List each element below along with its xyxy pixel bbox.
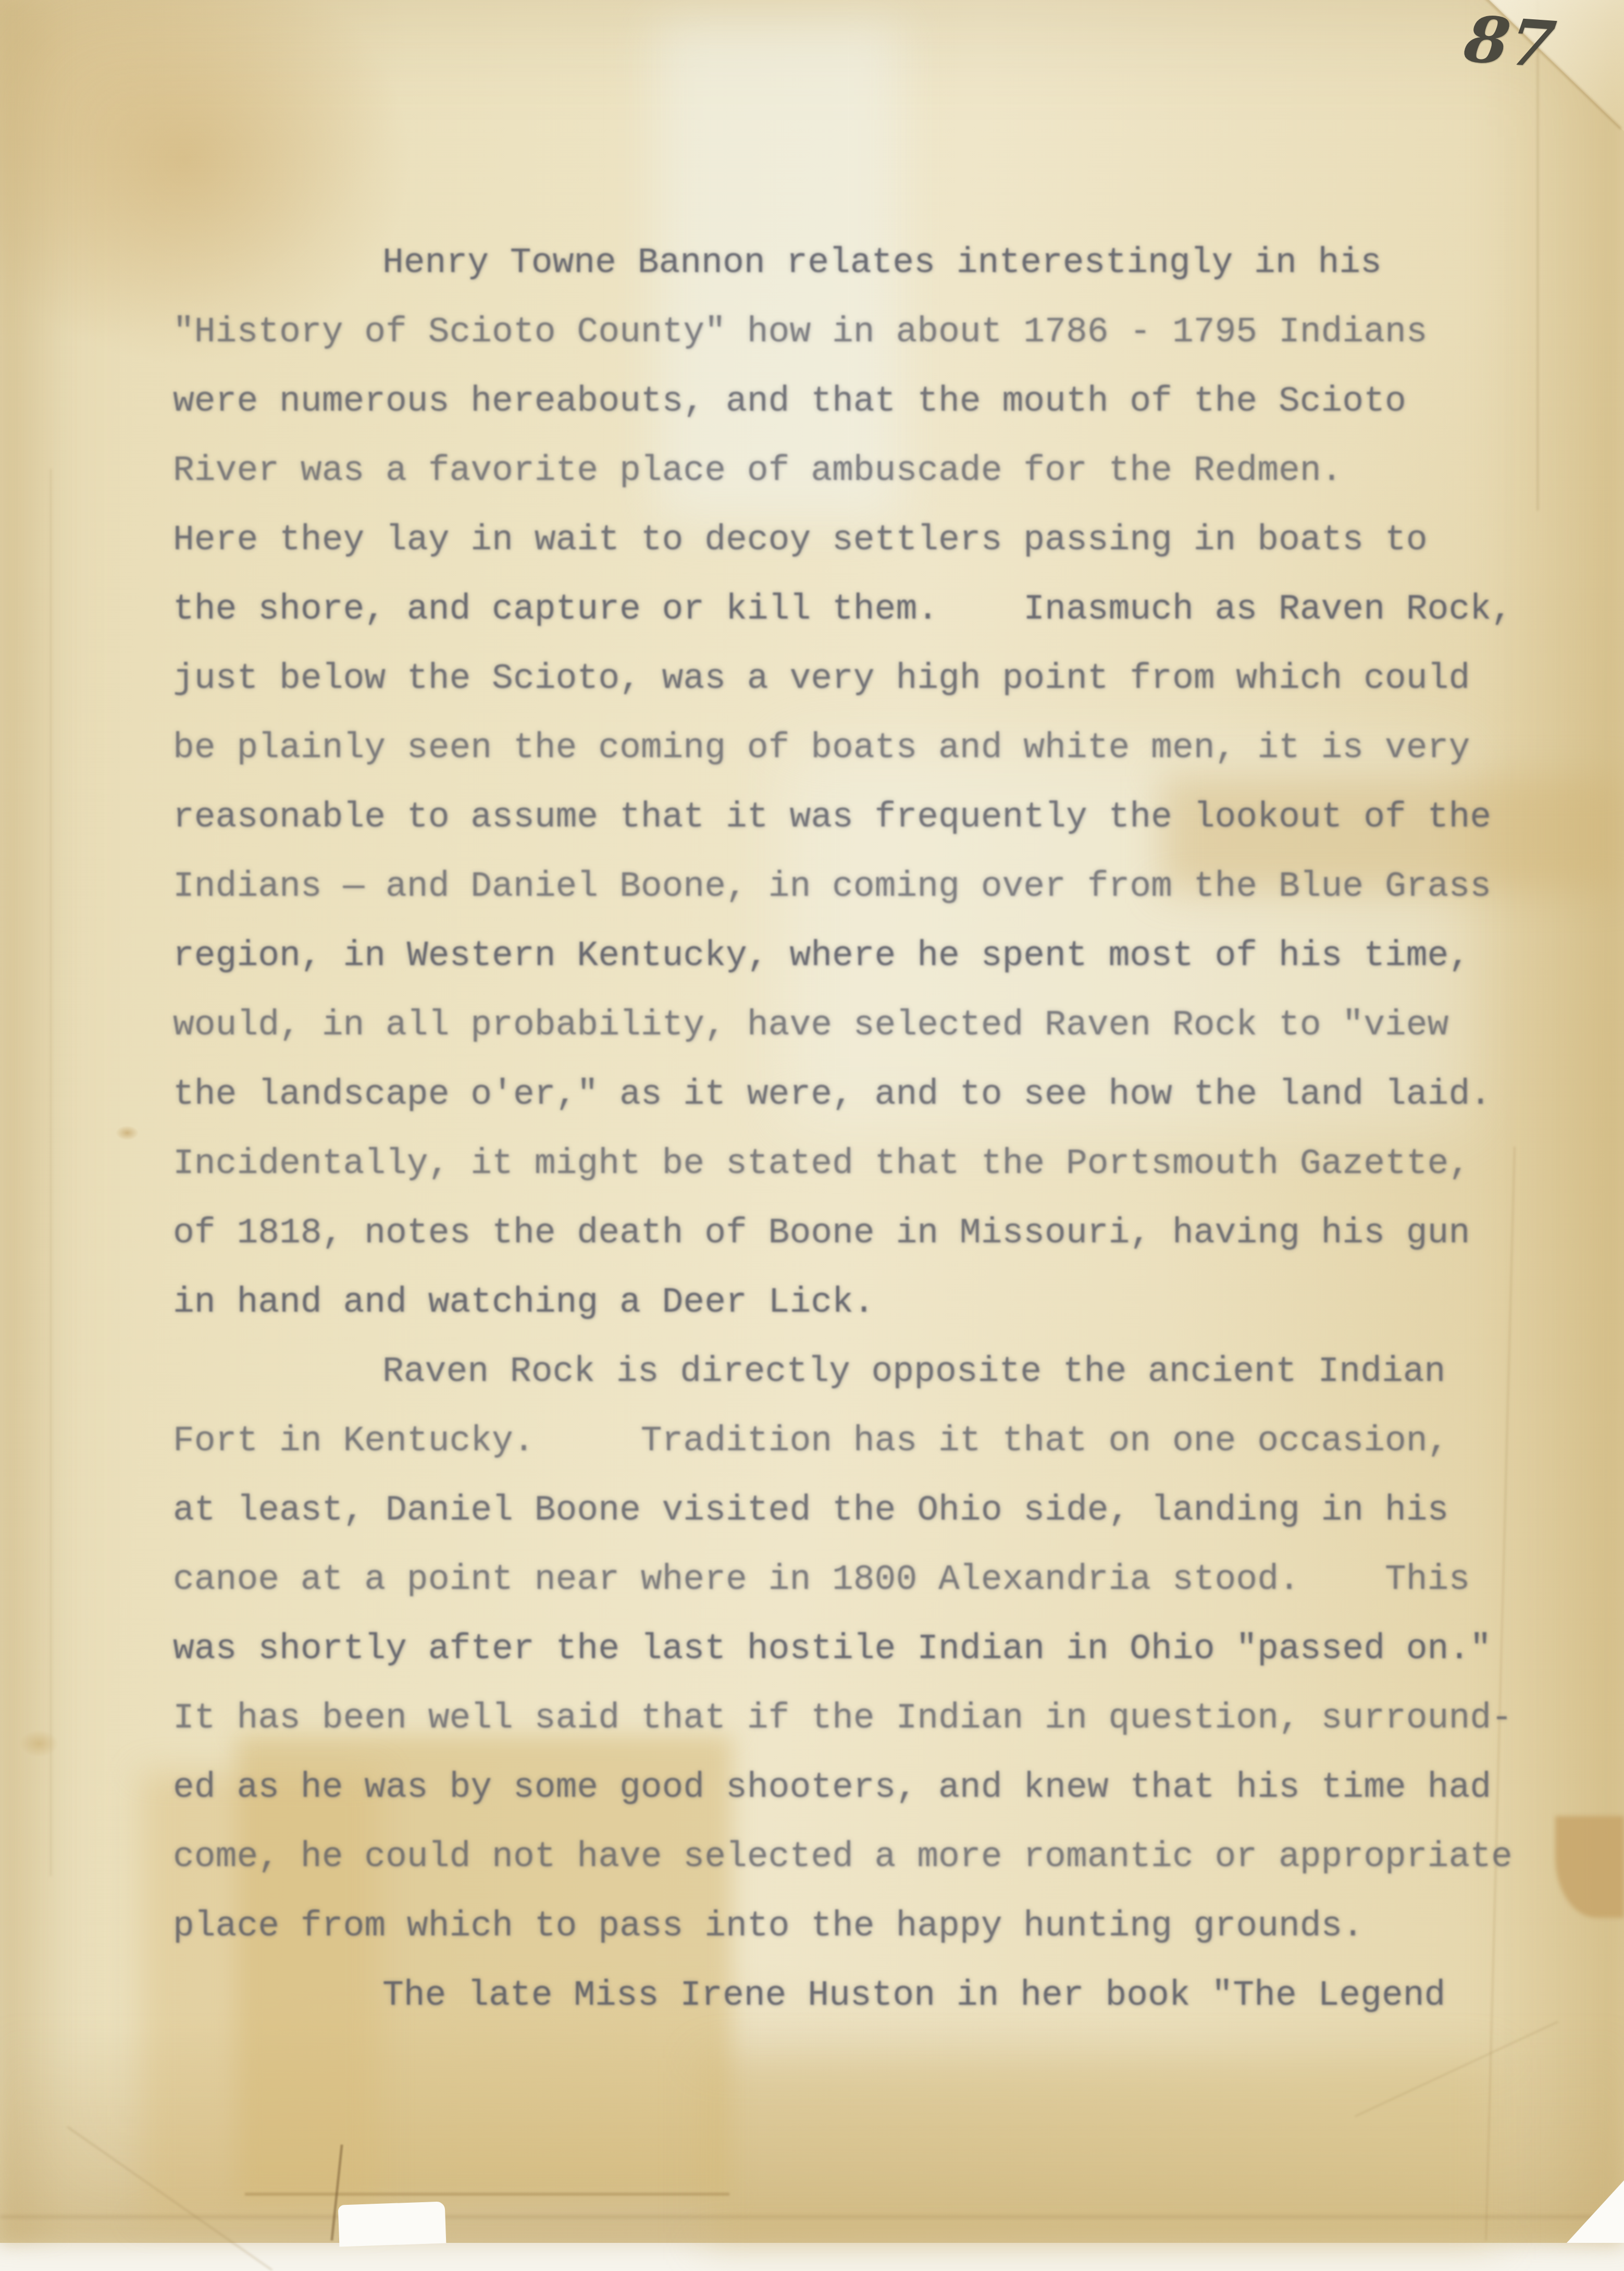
paper-spot xyxy=(20,1730,58,1757)
crease-line xyxy=(1355,2021,1558,2117)
crease-line xyxy=(50,469,52,1876)
typewritten-line: the landscape o'er," as it were, and to … xyxy=(173,1060,1548,1129)
paper-bottom-edge-line xyxy=(0,2216,1624,2218)
typewritten-line: in hand and watching a Deer Lick. xyxy=(173,1268,1548,1337)
typewritten-line: Here they lay in wait to decoy settlers … xyxy=(173,505,1548,575)
typewritten-line: It has been well said that if the Indian… xyxy=(173,1684,1548,1753)
paper-spot xyxy=(116,1126,139,1140)
typescript-text: Henry Towne Bannon relates interestingly… xyxy=(173,228,1548,2030)
tear-notch-bottom-left xyxy=(338,2201,447,2243)
typewritten-line: River was a favorite place of ambuscade … xyxy=(173,436,1548,505)
tear-crack-bottom-left xyxy=(330,2144,343,2241)
typewritten-line: were numerous hereabouts, and that the m… xyxy=(173,367,1548,436)
paper-shade-bottom xyxy=(0,2022,1624,2243)
typewritten-line: The late Miss Irene Huston in her book "… xyxy=(173,1961,1548,2030)
typewritten-line: was shortly after the last hostile India… xyxy=(173,1614,1548,1684)
paper-stain-bottom-wide xyxy=(703,2058,1495,2243)
document-page: 87 Henry Towne Bannon relates interestin… xyxy=(0,0,1624,2243)
typewritten-line: "History of Scioto County" how in about … xyxy=(173,298,1548,367)
torn-flap-right-edge xyxy=(1555,1816,1624,1918)
typewritten-line: Raven Rock is directly opposite the anci… xyxy=(173,1337,1548,1406)
typewritten-line: just below the Scioto, was a very high p… xyxy=(173,644,1548,713)
tape-edge-line xyxy=(245,2193,729,2195)
typewritten-line: would, in all probability, have selected… xyxy=(173,991,1548,1060)
typewritten-line: Incidentally, it might be stated that th… xyxy=(173,1129,1548,1199)
paper-edge-shade-left xyxy=(0,0,68,2243)
typewritten-line: place from which to pass into the happy … xyxy=(173,1892,1548,1961)
typewritten-line: canoe at a point near where in 1800 Alex… xyxy=(173,1545,1548,1614)
typewritten-line: the shore, and capture or kill them. Ina… xyxy=(173,575,1548,644)
typewritten-line: be plainly seen the coming of boats and … xyxy=(173,713,1548,783)
typewritten-line: ed as he was by some good shooters, and … xyxy=(173,1753,1548,1822)
typewritten-line: region, in Western Kentucky, where he sp… xyxy=(173,921,1548,991)
typewritten-line: reasonable to assume that it was frequen… xyxy=(173,783,1548,852)
typewritten-line: of 1818, notes the death of Boone in Mis… xyxy=(173,1199,1548,1268)
typewritten-line: come, he could not have selected a more … xyxy=(173,1822,1548,1892)
crease-line xyxy=(67,2126,272,2243)
typewritten-line: Henry Towne Bannon relates interestingly… xyxy=(173,228,1548,298)
torn-corner-bottom-right xyxy=(1567,2180,1624,2243)
typewritten-line: Indians — and Daniel Boone, in coming ov… xyxy=(173,852,1548,921)
typewritten-line: at least, Daniel Boone visited the Ohio … xyxy=(173,1476,1548,1545)
typewritten-line: Fort in Kentucky. Tradition has it that … xyxy=(173,1406,1548,1476)
page-number-annotation: 87 xyxy=(1460,1,1560,82)
